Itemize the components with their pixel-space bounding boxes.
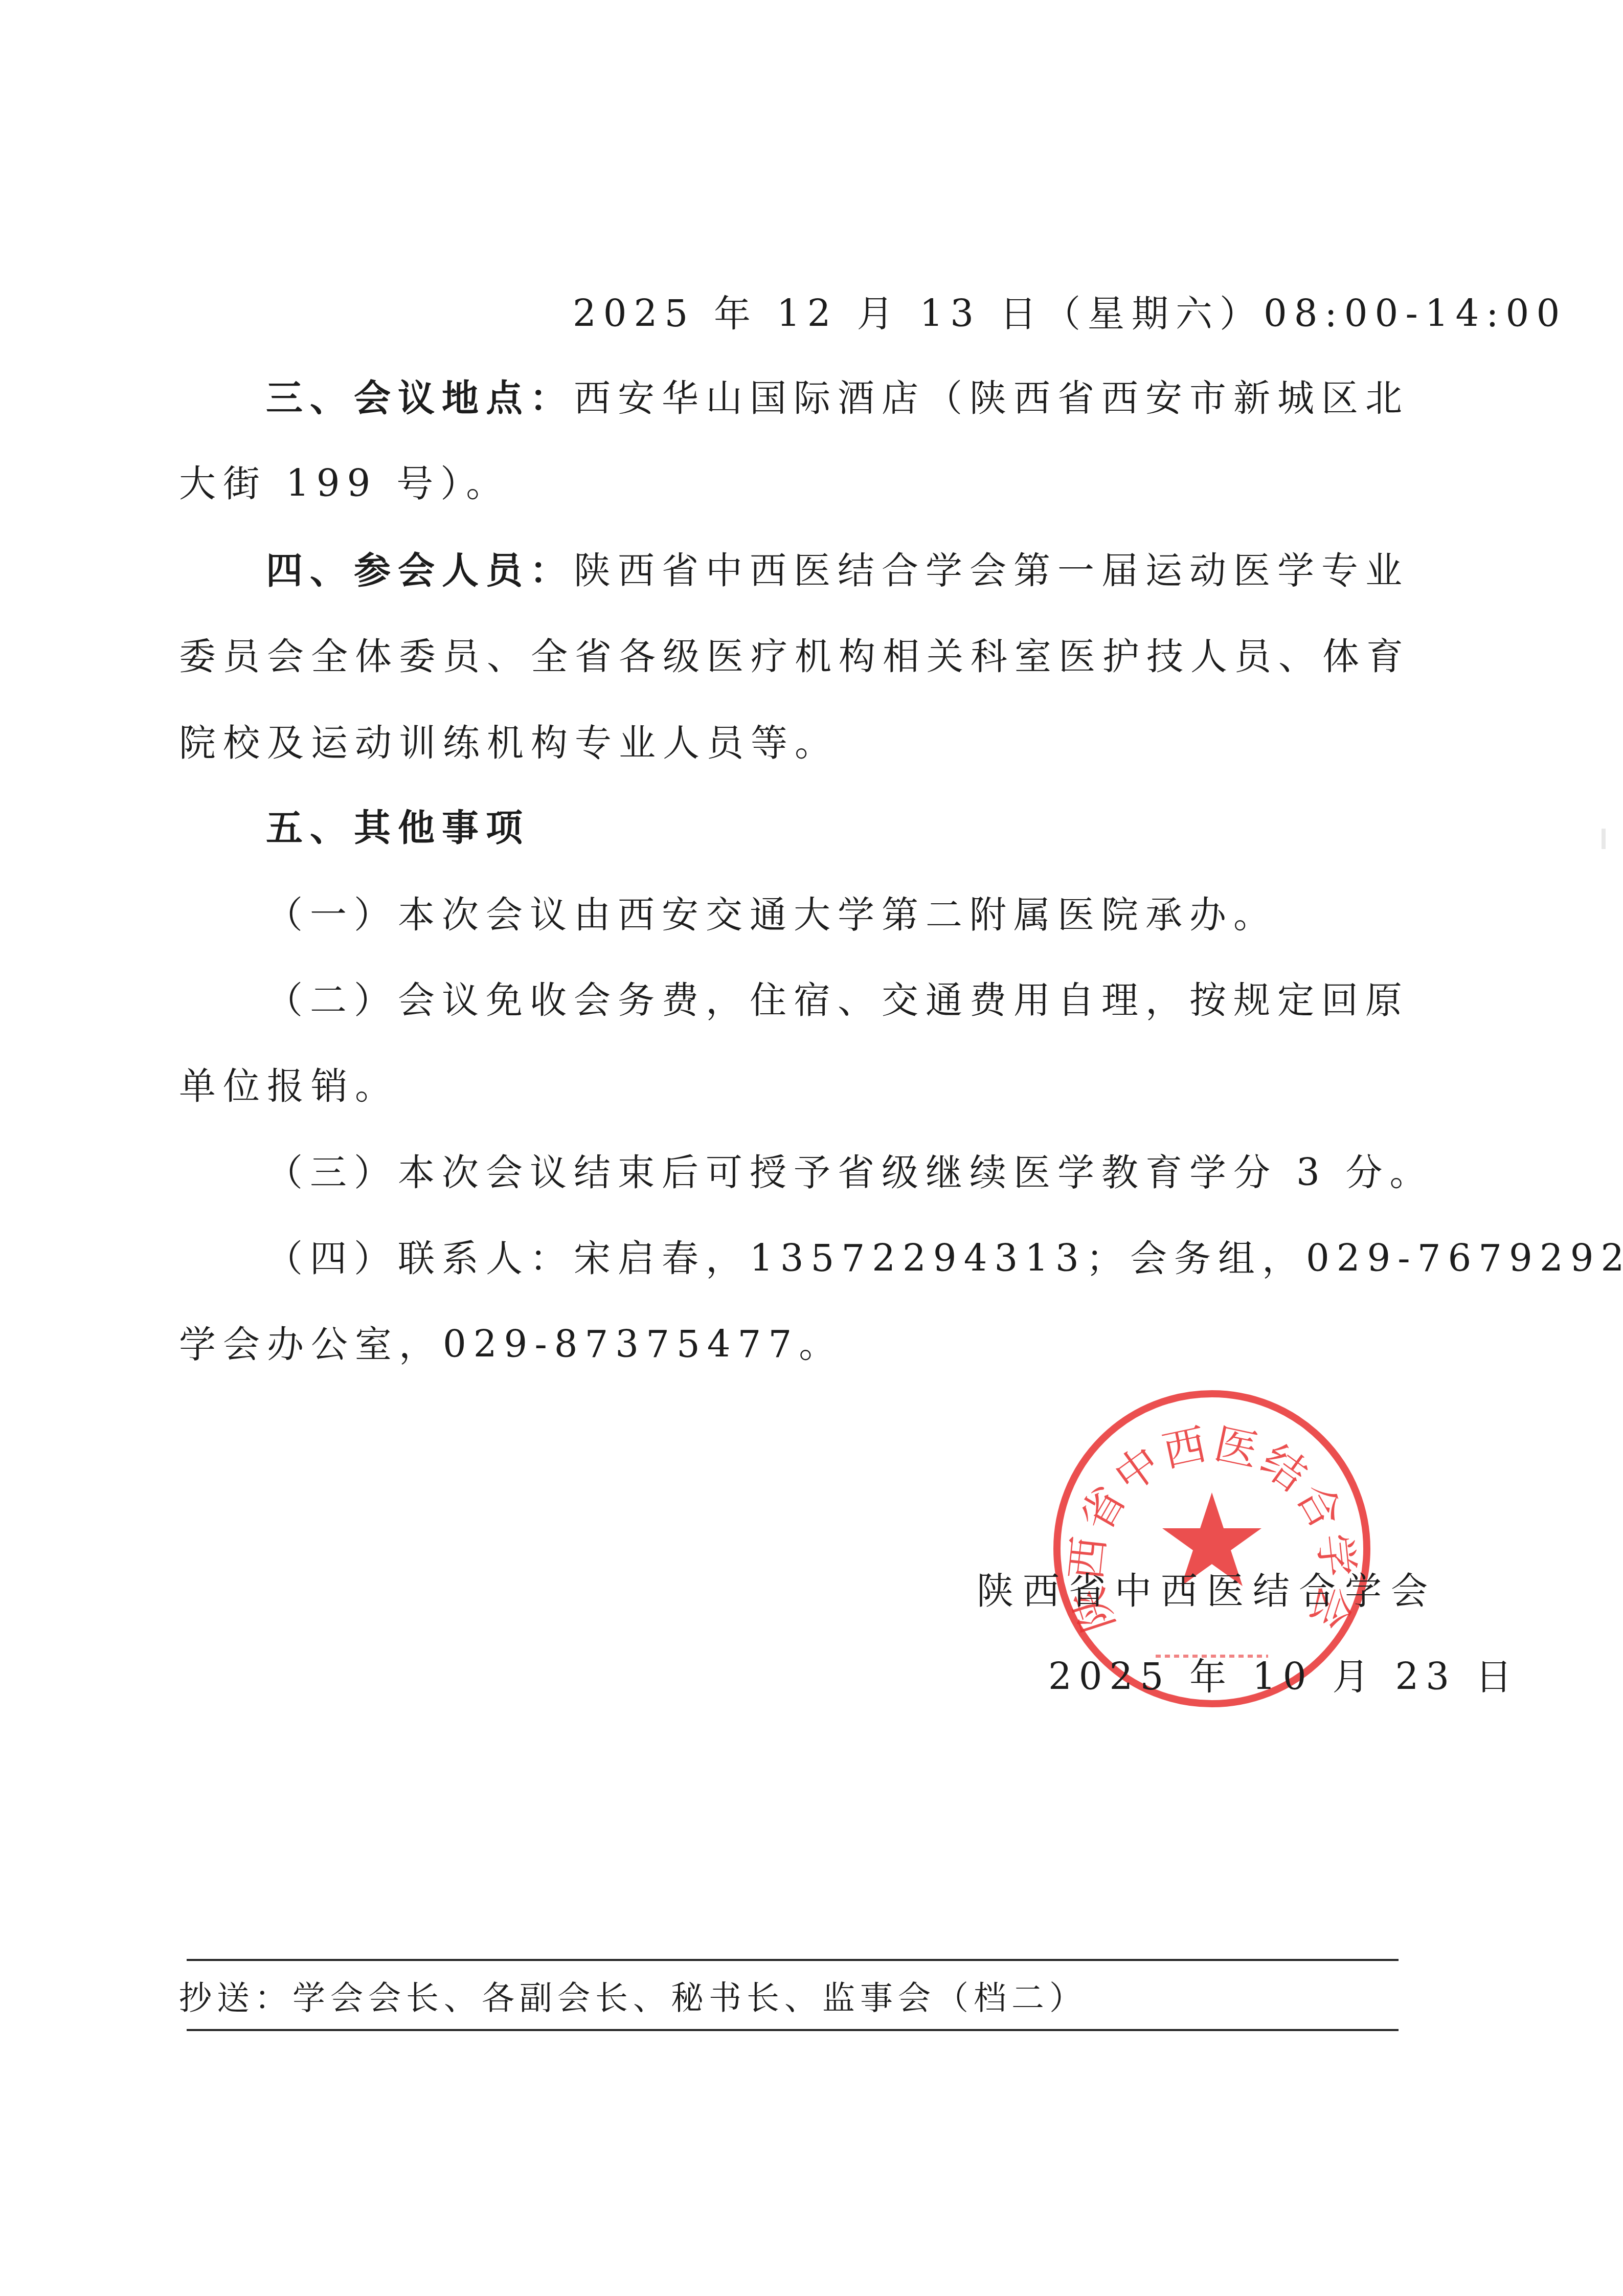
other-item-4-contacts: （四）联系人：宋启春，13572294313；会务组，029-7679292； (266, 1233, 1623, 1284)
section-venue-label: 三、会议地点： (266, 376, 574, 419)
section-venue-text: 西安华山国际酒店（陕西省西安市新城区北 (574, 376, 1409, 419)
signature-date: 2025 年 10 月 23 日 (1048, 1651, 1519, 1702)
section-attendees-label: 四、参会人员： (266, 548, 574, 592)
other-item-1: （一）本次会议由西安交通大学第二附属医院承办。 (266, 889, 1277, 940)
cc-divider-bottom (187, 2029, 1399, 2031)
other-item-2: （二）会议免收会务费，住宿、交通费用自理，按规定回原 (266, 974, 1409, 1026)
section-other-heading: 五、其他事项 (266, 802, 530, 853)
cc-divider-top (187, 1959, 1399, 1961)
section-attendees-text: 陕西省中西医结合学会第一届运动医学专业 (574, 549, 1409, 592)
section-attendees: 四、参会人员：陕西省中西医结合学会第一届运动医学专业 (266, 545, 1409, 596)
section-attendees-line2: 委员会全体委员、全省各级医疗机构相关科室医护技人员、体育 (179, 631, 1410, 682)
section-venue: 三、会议地点：西安华山国际酒店（陕西省西安市新城区北 (266, 372, 1409, 423)
meeting-time: 2025 年 12 月 13 日（星期六）08:00-14:00 (573, 288, 1567, 339)
signature-organization: 陕西省中西医结合学会 (977, 1565, 1437, 1616)
section-venue-continued: 大街 199 号）。 (179, 458, 510, 509)
other-item-2-continued: 单位报销。 (179, 1060, 399, 1111)
cc-recipients: 抄送：学会会长、各副会长、秘书长、监事会（档二） (179, 1975, 1087, 2021)
other-item-3: （三）本次会议结束后可授予省级继续医学教育学分 3 分。 (266, 1147, 1434, 1198)
scan-edge-mark (1602, 829, 1606, 849)
other-item-4-continued: 学会办公室，029-87375477。 (179, 1319, 843, 1370)
document-page: 2025 年 12 月 13 日（星期六）08:00-14:00 三、会议地点：… (0, 0, 1623, 2296)
section-attendees-line3: 院校及运动训练机构专业人员等。 (179, 717, 839, 768)
